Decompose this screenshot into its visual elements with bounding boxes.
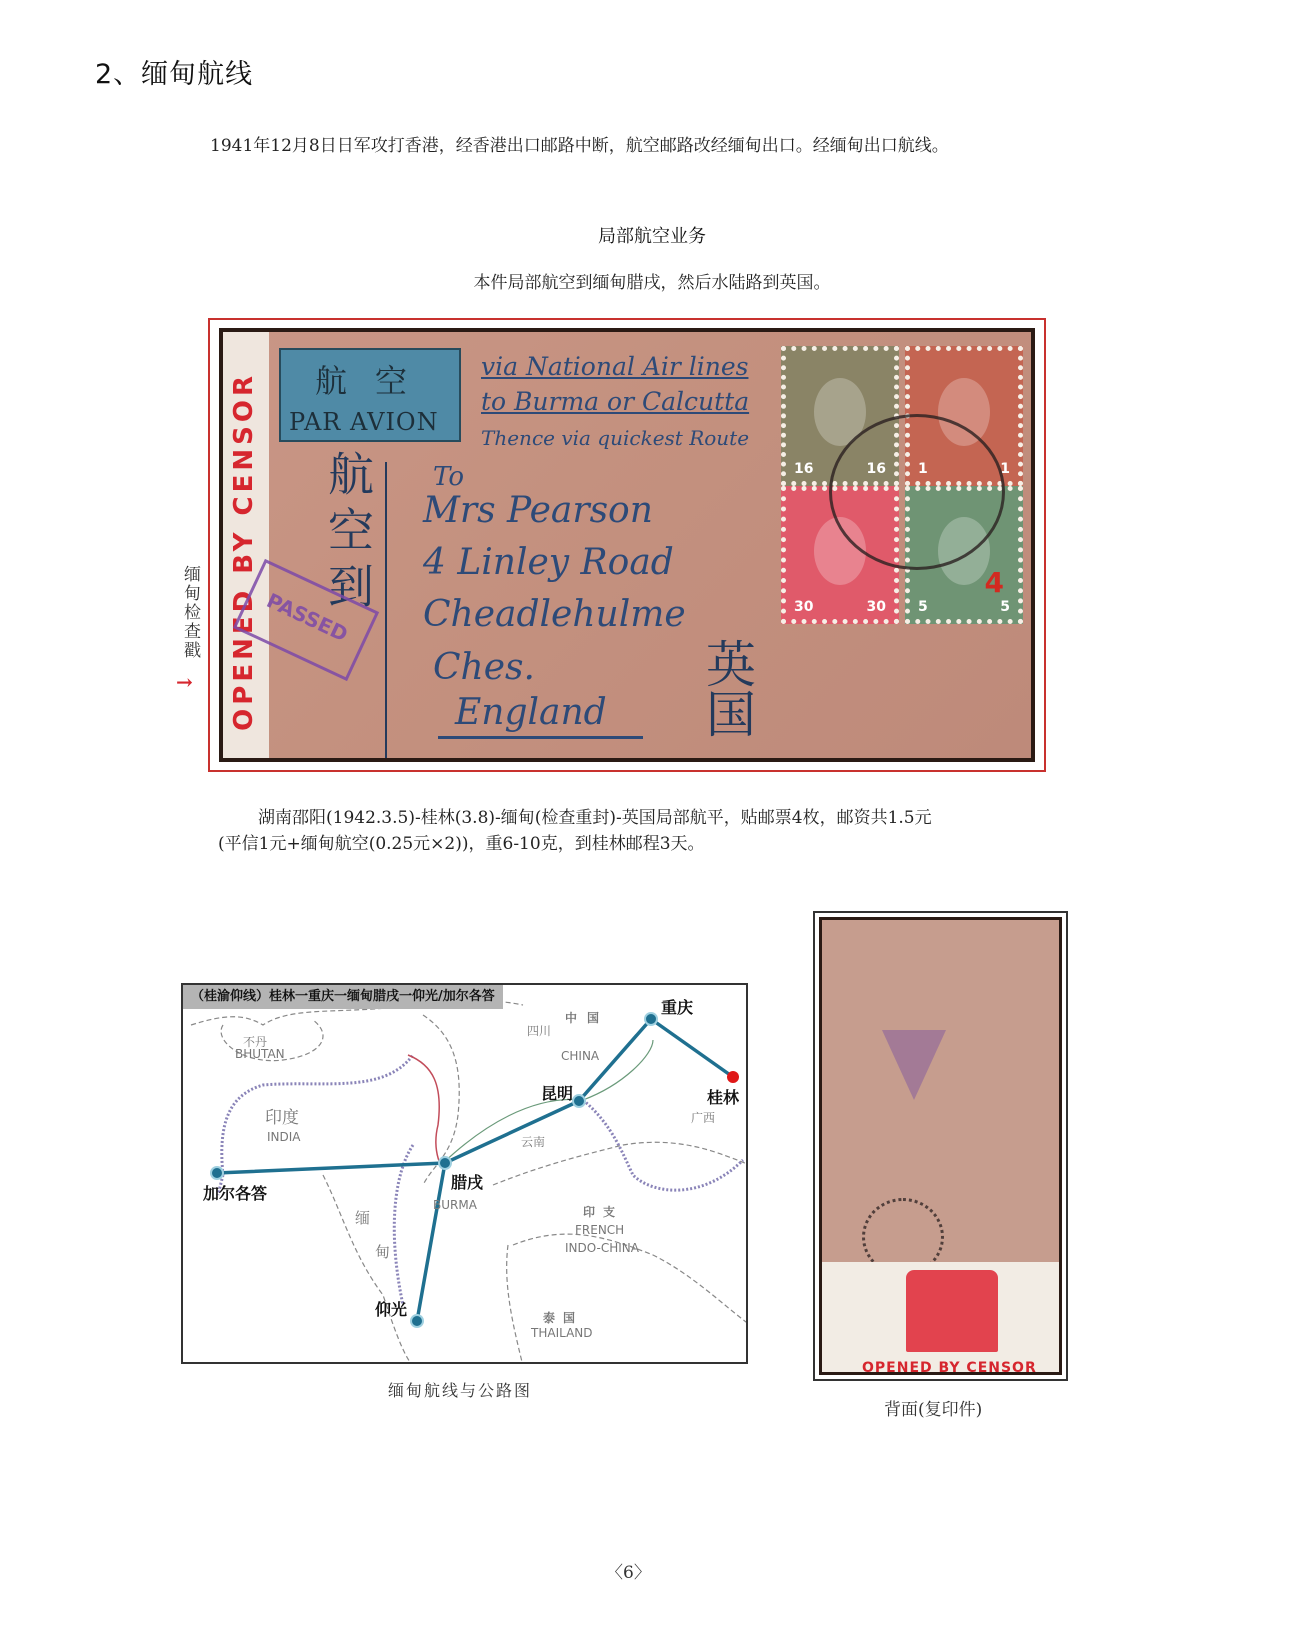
- censor-mark-label: 缅甸检查戳: [178, 565, 203, 660]
- address-line: 4 Linley Road: [423, 542, 674, 583]
- address-line: Mrs Pearson: [423, 490, 653, 531]
- censor-strip-text: OPENED BY CENSOR: [862, 1360, 1037, 1375]
- region-label: INDO-CHINA: [565, 1241, 639, 1255]
- map-title: （桂渝仰线）桂林一重庆一缅甸腊戌一仰光/加尔各答: [183, 985, 503, 1009]
- region-label: 中国: [565, 1009, 609, 1026]
- region-label: 甸: [375, 1241, 390, 1262]
- city-label-rangoon: 仰光: [375, 1297, 407, 1320]
- region-label: 印度: [265, 1103, 299, 1128]
- front-cover-image: OPENED BY CENSOR 航空 PAR AVION via Nation…: [219, 328, 1035, 762]
- region-label: 泰国: [543, 1309, 583, 1326]
- address-line: Cheadlehulme: [423, 594, 686, 635]
- section-title: 2、缅甸航线: [95, 52, 253, 91]
- route-note: via National Air lines: [481, 352, 748, 381]
- censor-strip-text: OPENED BY CENSOR: [229, 372, 259, 731]
- address-line: To: [433, 462, 464, 492]
- arrow-right-icon: →: [176, 670, 193, 694]
- region-label: CHINA: [561, 1049, 599, 1063]
- region-label: INDIA: [267, 1130, 301, 1144]
- region-label: 四川: [527, 1022, 551, 1039]
- exhibit-title: 局部航空业务: [0, 222, 1304, 248]
- surcharge: 4: [985, 566, 1004, 599]
- region-label: 印支: [583, 1203, 623, 1220]
- city-label-guilin: 桂林: [707, 1085, 739, 1108]
- route-map: （桂渝仰线）桂林一重庆一缅甸腊戌一仰光/加尔各答 不丹 BHUTAN 印度 IN…: [181, 983, 748, 1364]
- airmail-label: 航空 PAR AVION: [279, 348, 461, 442]
- region-label: 广西: [691, 1109, 715, 1126]
- chinese-destination: 英国: [691, 638, 763, 738]
- route-note: to Burma or Calcutta: [481, 387, 749, 416]
- censor-v-mark: [882, 1030, 946, 1100]
- divider-line: [385, 462, 387, 762]
- region-label: FRENCH: [575, 1223, 624, 1237]
- back-cover-image: OPENED BY CENSOR: [819, 917, 1062, 1375]
- page-number: 〈6〉: [606, 1558, 651, 1583]
- underline: [438, 736, 643, 739]
- map-caption: 缅甸航线与公路图: [388, 1378, 532, 1401]
- city-label-chongqing: 重庆: [661, 995, 693, 1018]
- exhibit-description: 本件局部航空到缅甸腊戌，然后水陆路到英国。: [0, 268, 1304, 293]
- intro-paragraph: 1941年12月8日日军攻打香港，经香港出口邮路中断，航空邮路改经缅甸出口。经缅…: [210, 131, 949, 156]
- region-label: BURMA: [433, 1198, 477, 1212]
- royal-crest: [906, 1270, 998, 1352]
- postmark: [829, 414, 1005, 570]
- region-label: 云南: [521, 1133, 545, 1150]
- airmail-label-en: PAR AVION: [289, 408, 439, 436]
- censor-strip: OPENED BY CENSOR: [822, 1262, 1059, 1372]
- airmail-label-cn: 航空: [315, 356, 435, 402]
- region-label: THAILAND: [531, 1326, 593, 1340]
- city-label-calcutta: 加尔各答: [203, 1181, 267, 1204]
- censor-strip: OPENED BY CENSOR: [223, 332, 269, 758]
- address-line: Ches.: [433, 647, 535, 688]
- route-note: Thence via quickest Route: [481, 426, 749, 450]
- city-label-kunming: 昆明: [541, 1081, 573, 1104]
- cover-description-line2: (平信1元+缅甸航空(0.25元×2))，重6-10克，到桂林邮程3天。: [218, 829, 705, 854]
- region-label: BHUTAN: [235, 1047, 285, 1061]
- city-label-lashio: 腊戌: [451, 1170, 483, 1193]
- cover-description-line1: 湖南邵阳(1942.3.5)-桂林(3.8)-缅甸(检查重封)-英国局部航平，贴…: [258, 803, 932, 828]
- back-cover-caption: 背面(复印件): [884, 1395, 982, 1420]
- region-label: 缅: [355, 1207, 370, 1228]
- address-line: England: [455, 692, 607, 733]
